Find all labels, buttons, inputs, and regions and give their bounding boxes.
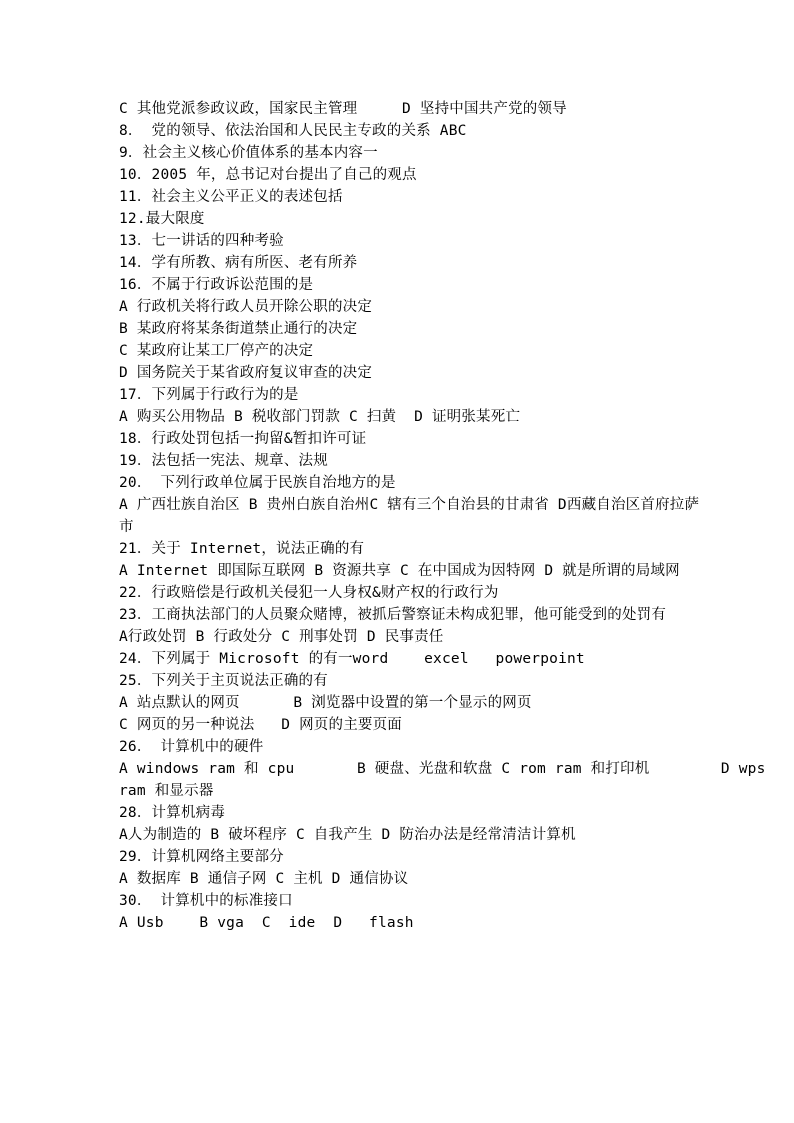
text-line: 12.最大限度 xyxy=(119,208,691,230)
text-line: 16．不属于行政诉讼范围的是 xyxy=(119,274,691,296)
text-line: C 网页的另一种说法 D 网页的主要页面 xyxy=(119,714,691,736)
text-line: 19．法包括一宪法、规章、法规 xyxy=(119,450,691,472)
text-line: 21．关于 Internet，说法正确的有 xyxy=(119,538,691,560)
text-line: A人为制造的 B 破坏程序 C 自我产生 D 防治办法是经常清洁计算机 xyxy=(119,824,691,846)
text-line: A 数据库 B 通信子网 C 主机 D 通信协议 xyxy=(119,868,691,890)
text-line: 25．下列关于主页说法正确的有 xyxy=(119,670,691,692)
text-line: 29．计算机网络主要部分 xyxy=(119,846,691,868)
text-line: 10．2005 年，总书记对台提出了自己的观点 xyxy=(119,164,691,186)
text-line: 9．社会主义核心价值体系的基本内容一 xyxy=(119,142,691,164)
text-line: A 站点默认的网页 B 浏览器中设置的第一个显示的网页 xyxy=(119,692,691,714)
text-line: 20． 下列行政单位属于民族自治地方的是 xyxy=(119,472,691,494)
text-line: D 国务院关于某省政府复议审查的决定 xyxy=(119,362,691,384)
text-line: A 行政机关将行政人员开除公职的决定 xyxy=(119,296,691,318)
text-line: 13．七一讲话的四种考验 xyxy=(119,230,691,252)
text-line: A windows ram 和 cpu B 硬盘、光盘和软盘 C rom ram… xyxy=(119,758,691,780)
text-line: 24．下列属于 Microsoft 的有一word excel powerpoi… xyxy=(119,648,691,670)
text-line: 11．社会主义公平正义的表述包括 xyxy=(119,186,691,208)
text-line: 23．工商执法部门的人员聚众赌博，被抓后警察证未构成犯罪，他可能受到的处罚有 xyxy=(119,604,691,626)
text-block: C 其他党派参政议政，国家民主管理 D 坚持中国共产党的领导8． 党的领导、依法… xyxy=(119,98,691,934)
document-page: C 其他党派参政议政，国家民主管理 D 坚持中国共产党的领导8． 党的领导、依法… xyxy=(0,0,794,1123)
text-line: A Internet 即国际互联网 B 资源共享 C 在中国成为因特网 D 就是… xyxy=(119,560,691,582)
text-line: 14．学有所教、病有所医、老有所养 xyxy=(119,252,691,274)
text-line: A 购买公用物品 B 税收部门罚款 C 扫黄 D 证明张某死亡 xyxy=(119,406,691,428)
text-line: 18．行政处罚包括一拘留&暂扣许可证 xyxy=(119,428,691,450)
text-line: 市 xyxy=(119,516,691,538)
text-line: B 某政府将某条街道禁止通行的决定 xyxy=(119,318,691,340)
text-line: 26． 计算机中的硬件 xyxy=(119,736,691,758)
text-line: A Usb B vga C ide D flash xyxy=(119,912,691,934)
text-line: 30． 计算机中的标准接口 xyxy=(119,890,691,912)
text-line: 28．计算机病毒 xyxy=(119,802,691,824)
text-line: C 其他党派参政议政，国家民主管理 D 坚持中国共产党的领导 xyxy=(119,98,691,120)
text-line: 22．行政赔偿是行政机关侵犯一人身权&财产权的行政行为 xyxy=(119,582,691,604)
text-line: 8． 党的领导、依法治国和人民民主专政的关系 ABC xyxy=(119,120,691,142)
text-line: 17．下列属于行政行为的是 xyxy=(119,384,691,406)
text-line: C 某政府让某工厂停产的决定 xyxy=(119,340,691,362)
text-line: A行政处罚 B 行政处分 C 刑事处罚 D 民事责任 xyxy=(119,626,691,648)
text-line: A 广西壮族自治区 B 贵州白族自治州C 辖有三个自治县的甘肃省 D西藏自治区首… xyxy=(119,494,691,516)
text-line: ram 和显示器 xyxy=(119,780,691,802)
